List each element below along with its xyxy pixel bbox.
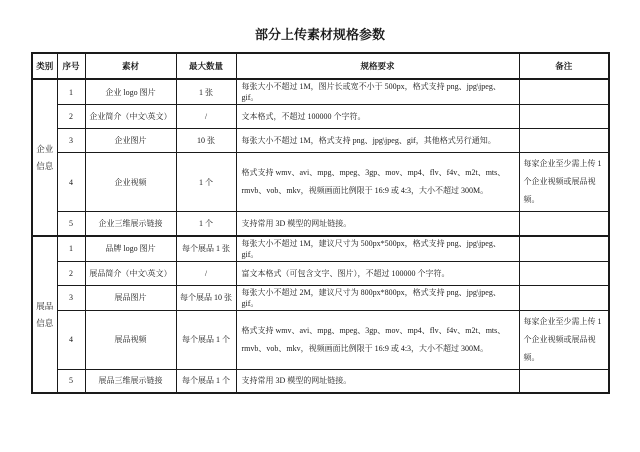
header-row: 类别 序号 素材 最大数量 规格要求 备注 xyxy=(32,53,609,79)
spec-cell: 支持常用 3D 模型的网址链接。 xyxy=(236,212,519,236)
material-cell: 展品视频 xyxy=(85,310,176,369)
spec-cell: 支持常用 3D 模型的网址链接。 xyxy=(236,369,519,393)
header-index: 序号 xyxy=(57,53,85,79)
table-row: 5 展品三维展示链接 每个展品 1 个 支持常用 3D 模型的网址链接。 xyxy=(32,369,609,393)
remark-cell: 每家企业至少需上传 1 个企业视频或展品视频。 xyxy=(519,153,609,212)
category-label-line2: 信息 xyxy=(35,160,55,172)
row-index: 5 xyxy=(57,212,85,236)
remark-cell xyxy=(519,212,609,236)
remark-cell xyxy=(519,285,609,310)
max-qty-cell: 每个展品 1 个 xyxy=(176,369,236,393)
spec-table: 类别 序号 素材 最大数量 规格要求 备注 企业 信息 1 企业 logo 图片… xyxy=(31,52,610,394)
max-qty-cell: 每个展品 10 张 xyxy=(176,285,236,310)
material-cell: 企业 logo 图片 xyxy=(85,79,176,105)
material-cell: 企业视频 xyxy=(85,153,176,212)
material-cell: 展品图片 xyxy=(85,285,176,310)
row-index: 1 xyxy=(57,236,85,262)
max-qty-cell: 每个展品 1 个 xyxy=(176,310,236,369)
section-exhibit-info: 展品 信息 1 品牌 logo 图片 每个展品 1 张 每张大小不超过 1M，建… xyxy=(32,236,609,394)
max-qty-cell: 10 张 xyxy=(176,129,236,153)
remark-cell xyxy=(519,79,609,105)
header-material: 素材 xyxy=(85,53,176,79)
material-cell: 品牌 logo 图片 xyxy=(85,236,176,262)
material-cell: 展品三维展示链接 xyxy=(85,369,176,393)
max-qty-cell: 1 张 xyxy=(176,79,236,105)
spec-cell: 每张大小不超过 2M，建议尺寸为 800px*800px，格式支持 png、jp… xyxy=(236,285,519,310)
max-qty-cell: 1 个 xyxy=(176,153,236,212)
spec-cell: 格式支持 wmv、avi、mpg、mpeg、3gp、mov、mp4、flv、f4… xyxy=(236,310,519,369)
table-row: 5 企业三维展示链接 1 个 支持常用 3D 模型的网址链接。 xyxy=(32,212,609,236)
header-category: 类别 xyxy=(32,53,57,79)
table-row: 2 企业简介（中文\英文） / 文本格式，不超过 100000 个字符。 xyxy=(32,105,609,129)
table-row: 4 企业视频 1 个 格式支持 wmv、avi、mpg、mpeg、3gp、mov… xyxy=(32,153,609,212)
category-label-line2: 信息 xyxy=(35,317,55,329)
max-qty-cell: / xyxy=(176,105,236,129)
remark-cell: 每家企业至少需上传 1 个企业视频或展品视频。 xyxy=(519,310,609,369)
row-index: 2 xyxy=(57,105,85,129)
spec-cell: 富文本格式（可包含文字、图片），不超过 100000 个字符。 xyxy=(236,261,519,285)
max-qty-cell: 每个展品 1 张 xyxy=(176,236,236,262)
table-row: 企业 信息 1 企业 logo 图片 1 张 每张大小不超过 1M，图片长或宽不… xyxy=(32,79,609,105)
spec-cell: 每张大小不超过 1M，格式支持 png、jpg\jpeg、gif，其他格式另行通… xyxy=(236,129,519,153)
remark-cell xyxy=(519,129,609,153)
max-qty-cell: / xyxy=(176,261,236,285)
row-index: 3 xyxy=(57,129,85,153)
material-cell: 企业三维展示链接 xyxy=(85,212,176,236)
max-qty-cell: 1 个 xyxy=(176,212,236,236)
section-company-info: 企业 信息 1 企业 logo 图片 1 张 每张大小不超过 1M，图片长或宽不… xyxy=(32,79,609,236)
material-cell: 企业图片 xyxy=(85,129,176,153)
spec-cell: 每张大小不超过 1M，图片长或宽不小于 500px，格式支持 png、jpg\j… xyxy=(236,79,519,105)
page-title: 部分上传素材规格参数 xyxy=(0,0,640,43)
category-cell: 企业 信息 xyxy=(32,79,57,236)
header-spec: 规格要求 xyxy=(236,53,519,79)
spec-cell: 每张大小不超过 1M，建议尺寸为 500px*500px，格式支持 png、jp… xyxy=(236,236,519,262)
remark-cell xyxy=(519,369,609,393)
table-row: 3 展品图片 每个展品 10 张 每张大小不超过 2M，建议尺寸为 800px*… xyxy=(32,285,609,310)
remark-cell xyxy=(519,261,609,285)
category-label-line1: 展品 xyxy=(35,300,55,312)
row-index: 3 xyxy=(57,285,85,310)
remark-cell xyxy=(519,105,609,129)
table-row: 3 企业图片 10 张 每张大小不超过 1M，格式支持 png、jpg\jpeg… xyxy=(32,129,609,153)
row-index: 2 xyxy=(57,261,85,285)
table-row: 4 展品视频 每个展品 1 个 格式支持 wmv、avi、mpg、mpeg、3g… xyxy=(32,310,609,369)
table-row: 展品 信息 1 品牌 logo 图片 每个展品 1 张 每张大小不超过 1M，建… xyxy=(32,236,609,262)
category-cell: 展品 信息 xyxy=(32,236,57,394)
row-index: 5 xyxy=(57,369,85,393)
row-index: 1 xyxy=(57,79,85,105)
header-max-qty: 最大数量 xyxy=(176,53,236,79)
table-row: 2 展品简介（中文\英文） / 富文本格式（可包含文字、图片），不超过 1000… xyxy=(32,261,609,285)
spec-cell: 格式支持 wmv、avi、mpg、mpeg、3gp、mov、mp4、flv、f4… xyxy=(236,153,519,212)
remark-cell xyxy=(519,236,609,262)
category-label-line1: 企业 xyxy=(35,143,55,155)
row-index: 4 xyxy=(57,310,85,369)
row-index: 4 xyxy=(57,153,85,212)
header-remark: 备注 xyxy=(519,53,609,79)
material-cell: 企业简介（中文\英文） xyxy=(85,105,176,129)
spec-cell: 文本格式，不超过 100000 个字符。 xyxy=(236,105,519,129)
material-cell: 展品简介（中文\英文） xyxy=(85,261,176,285)
